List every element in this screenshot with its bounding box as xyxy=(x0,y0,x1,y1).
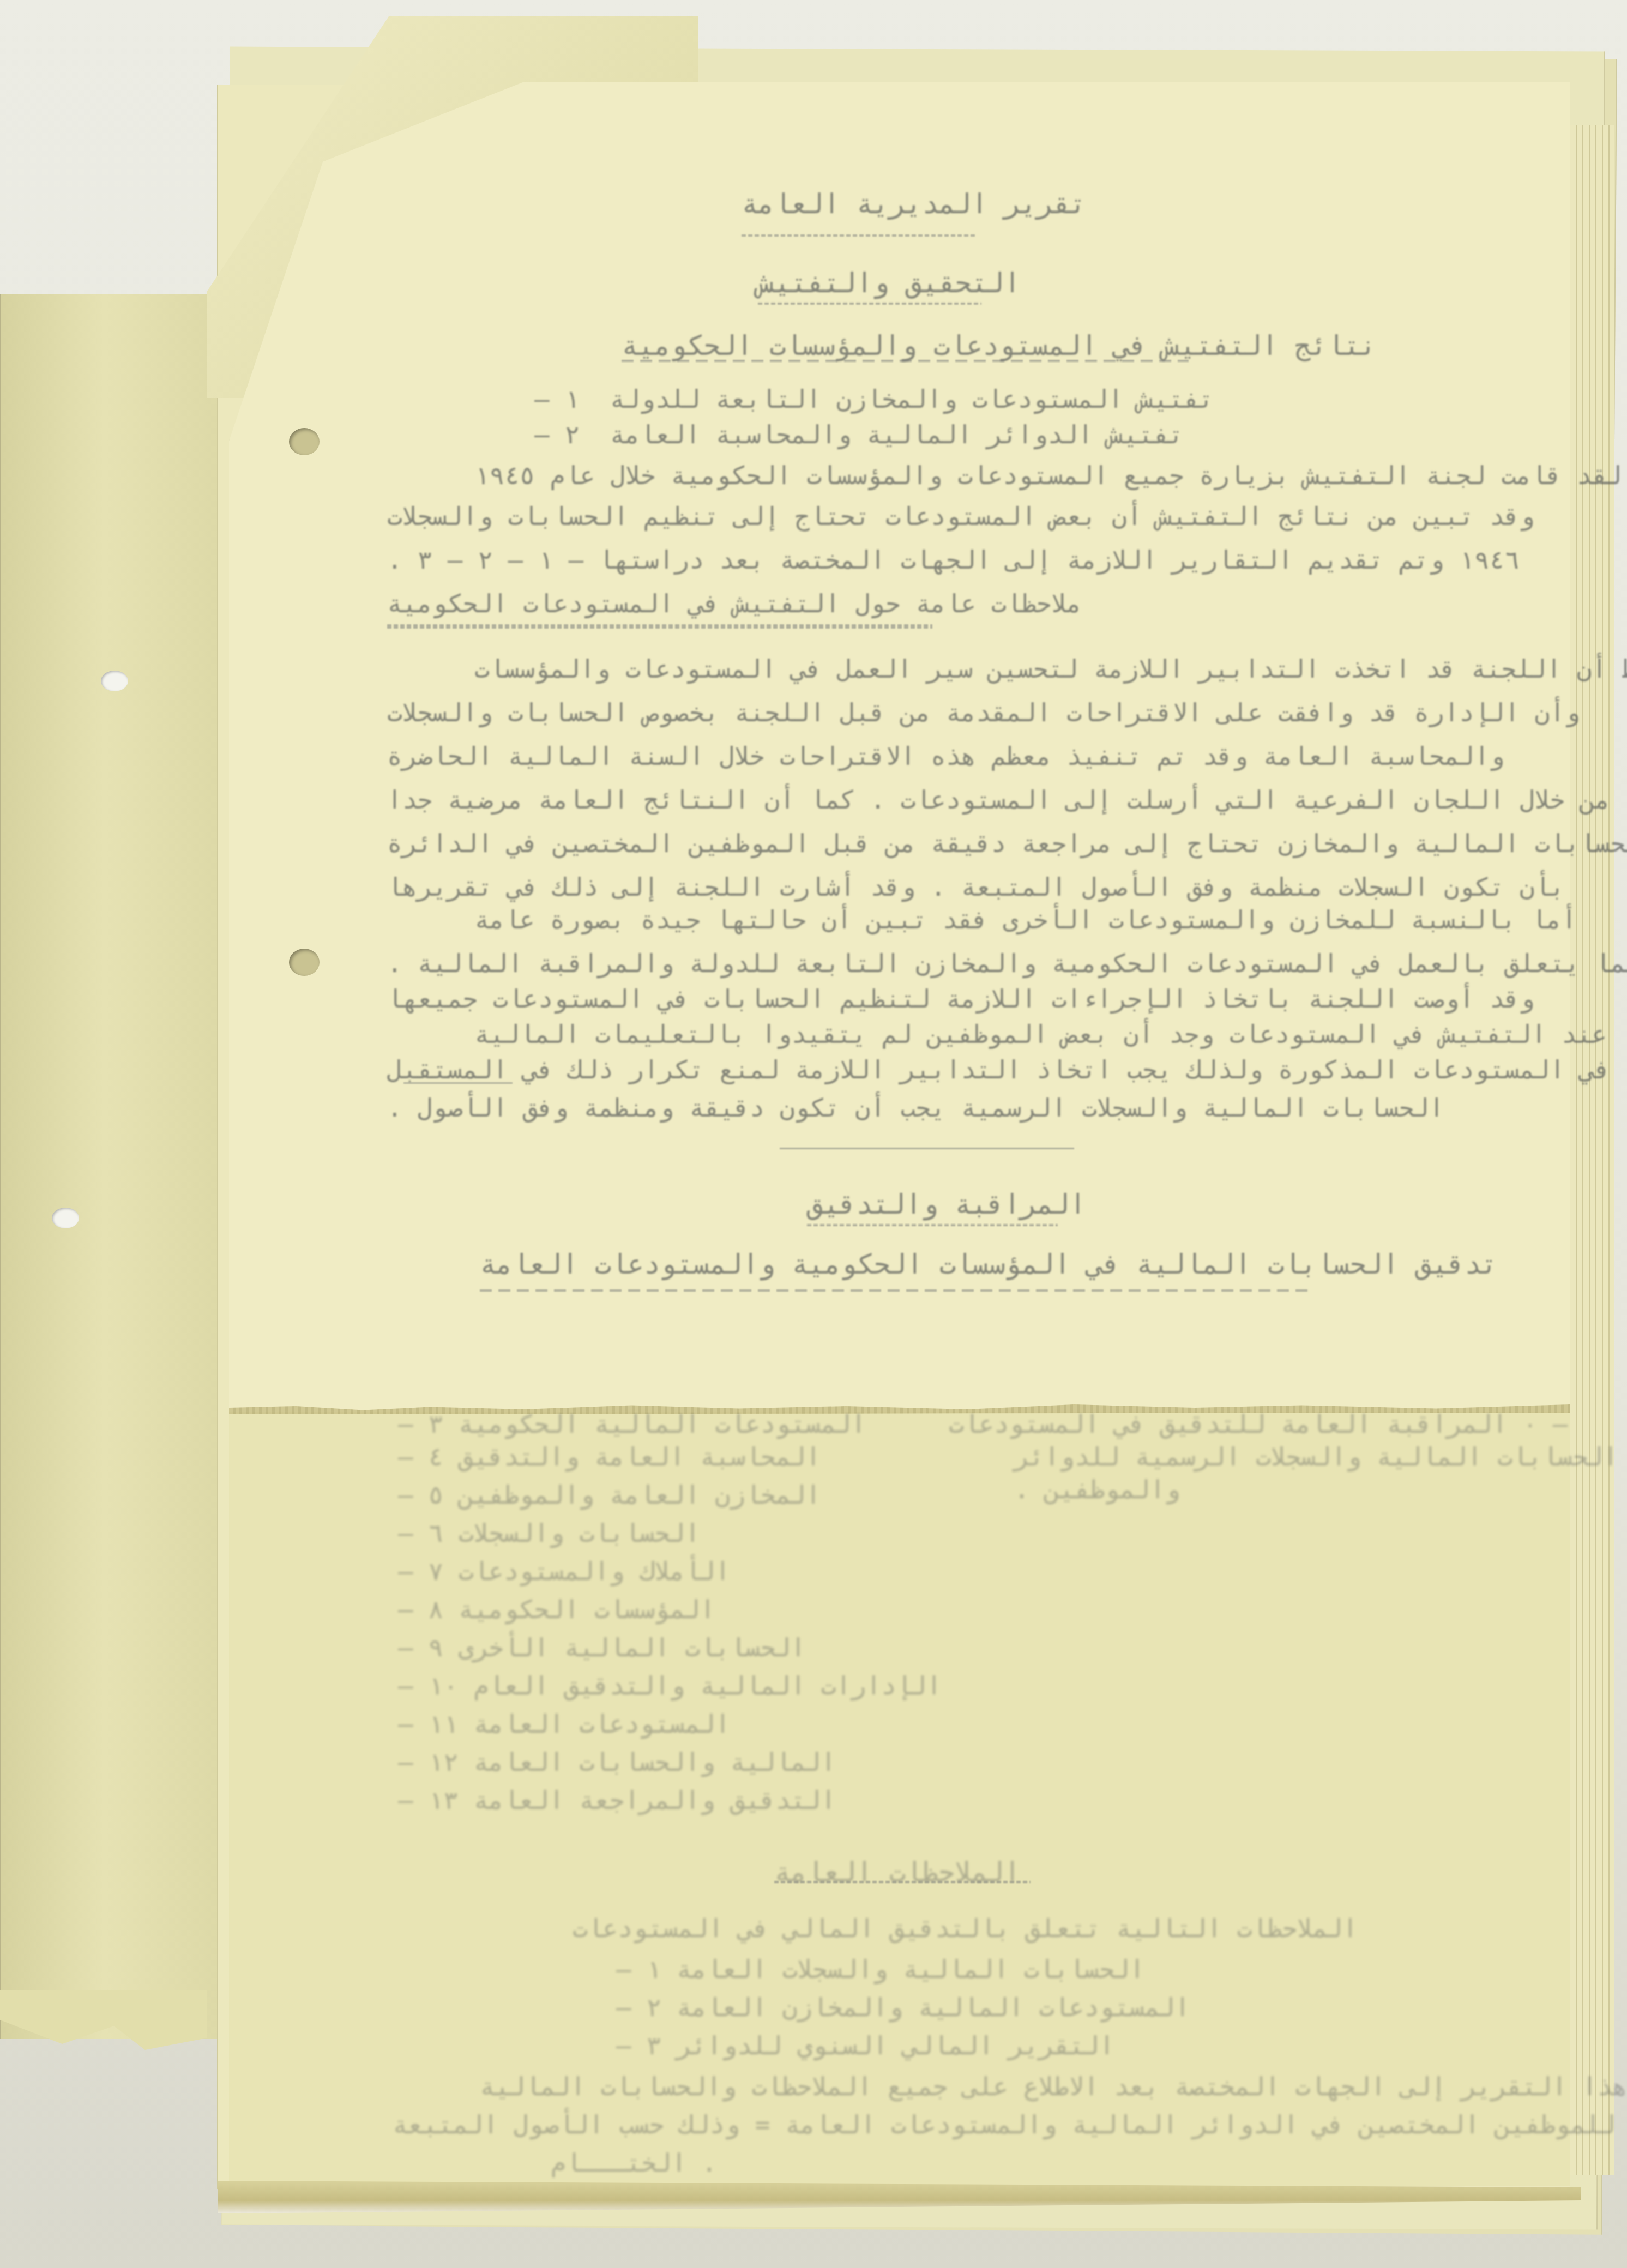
paragraph-1-line: وقد تبين من نتائج التفتيش أن بعض المستود… xyxy=(387,502,1535,531)
section-3-item: المستودعات المالية والمخازن العامة ٢ — xyxy=(616,1993,1190,2022)
section-3-title-rule xyxy=(774,1881,1031,1883)
section-divider xyxy=(780,1148,1074,1149)
item-number: ٥ — xyxy=(398,1480,443,1510)
item-text: المؤسسات الحكومية xyxy=(459,1595,715,1624)
item-text: تفتيش المستودعات والمخازن التابعة للدولة xyxy=(610,384,1214,414)
paragraph-3-line: عند التفتيش في المستودعات وجد أن بعض الم… xyxy=(474,1020,1607,1049)
closing-line: . وقد تم تقديم هذا التقرير إلى الجهات ال… xyxy=(480,2072,1627,2101)
paragraph-2-line: بأن تكون السجلات منظمة وفق الأصول المتبع… xyxy=(387,872,1565,902)
paragraph-3-line: فيما يتعلق بالعمل في المستودعات الحكومية… xyxy=(387,949,1627,978)
lower-list-item: الأملاك والمستودعات ٧ — xyxy=(398,1557,730,1586)
lower-list-item: المالية والحسابات العامة ١٢ — xyxy=(398,1747,836,1777)
item-number: ٤ — xyxy=(398,1442,443,1471)
lower-list-item: المؤسسات الحكومية ٨ — xyxy=(398,1595,715,1624)
paragraph-2-line: من خلال اللجان الفرعية التي أرسلت إلى ال… xyxy=(387,785,1610,815)
lower-list-item: المستودعات العامة ١١ — xyxy=(398,1709,730,1739)
item-number: ٦ — xyxy=(398,1518,443,1548)
lower-right-line: الحسابات المالية والسجلات الرسمية للدوائ… xyxy=(1014,1442,1618,1471)
section-1-title-rule xyxy=(758,303,981,305)
section-3-item: الحسابات المالية والسجلات العامة ١ — xyxy=(616,1955,1144,1984)
section-1-title: التحقيق والتفتيش xyxy=(758,267,1021,299)
section-2-title-rule xyxy=(807,1224,1058,1226)
paragraph-3-line: أما بالنسبة للمخازن والمستودعات الأخرى ف… xyxy=(474,905,1577,934)
item-number: ٣ — xyxy=(616,2031,661,2060)
item-number: ١ — xyxy=(616,1955,661,1984)
item-number: ٧ — xyxy=(398,1557,443,1586)
item-number: ١١ — xyxy=(398,1709,459,1739)
item-number: ٣ — xyxy=(398,1409,443,1439)
section-1-subtitle-rule xyxy=(622,360,1189,362)
paragraph-3-line: الحسابات المالية والسجلات الرسمية يجب أن… xyxy=(387,1093,1444,1123)
paragraph-1-line: ١٩٤٦ وتم تقديم التقارير اللازمة إلى الجه… xyxy=(387,545,1520,575)
paragraph-3-line: في المستودعات المذكورة ولذلك يجب اتخاذ ا… xyxy=(387,1055,1610,1084)
paragraph-2-line: وأن الإدارة قد وافقت على الاقتراحات المق… xyxy=(387,698,1580,727)
lower-list-item: المحاسبة العامة والتدقيق ٤ — xyxy=(398,1442,821,1471)
item-text: المخازن العامة والموظفين xyxy=(459,1480,821,1510)
section-3-intro: الملاحظات التالية تتعلق بالتدقيق المالي … xyxy=(573,1914,1358,1943)
section-2-subtitle-rule xyxy=(480,1289,1309,1292)
lower-list-item: المخازن العامة والموظفين ٥ — xyxy=(398,1480,821,1510)
item-number: ٩ — xyxy=(398,1633,443,1662)
paragraph-2-line: ويلاحظ أن اللجنة قد اتخذت التدابير اللاز… xyxy=(474,654,1627,684)
closing-signature: . الختـــام xyxy=(551,2148,717,2177)
item-number: ٨ — xyxy=(398,1595,443,1624)
lower-list-item: التدقيق والمراجعة العامة ١٣ — xyxy=(398,1786,836,1815)
section-3-title: الملاحظات العامة xyxy=(774,1856,1021,1888)
lower-right-line: والموظفين . xyxy=(1014,1475,1180,1504)
item-number: ٢ — xyxy=(534,420,580,449)
item-number: ١٢ — xyxy=(398,1747,459,1777)
lower-right-line: — ٠ المراقبة العامة للتدقيق في المستودعا… xyxy=(949,1409,1568,1439)
paragraph-1-heading: ملاحظات عامة حول التفتيش في المستودعات ا… xyxy=(387,589,1082,618)
section-1-subtitle: نتائج التفتيش في المستودعات والمؤسسات ال… xyxy=(622,330,1377,361)
numbered-item: تفتيش الدوائر المالية والمحاسبة العامة ٢… xyxy=(534,420,1184,449)
lower-list-item: الحسابات والسجلات ٦ — xyxy=(398,1518,700,1548)
punch-hole xyxy=(289,428,320,455)
item-text: الحسابات المالية الأخرى xyxy=(459,1633,806,1662)
item-text: المستودعات المالية الحكومية xyxy=(459,1409,866,1439)
item-number: ٢ — xyxy=(616,1993,661,2022)
lower-list-item: الإدارات المالية والتدقيق العام ١٠ — xyxy=(398,1671,942,1700)
section-2-subtitle: تدقيق الحسابات المالية في المؤسسات الحكو… xyxy=(480,1248,1497,1280)
item-number: ١ — xyxy=(534,384,580,414)
header-rule xyxy=(742,234,976,237)
item-number: ١٣ — xyxy=(398,1786,459,1815)
paragraph-2-line: والمحاسبة العامة وقد تم تنفيذ معظم هذه ا… xyxy=(387,741,1504,771)
punch-hole xyxy=(101,671,128,691)
item-text: المالية والحسابات العامة xyxy=(473,1747,836,1777)
item-text: التدقيق والمراجعة العامة xyxy=(473,1786,836,1815)
header-title: تقرير المديرية العامة xyxy=(742,188,1086,220)
lower-list-item: المستودعات المالية الحكومية ٣ — xyxy=(398,1409,866,1439)
item-text: المستودعات العامة xyxy=(473,1709,730,1739)
paragraph-2-line: الحسابات المالية والمخازن تحتاج إلى مراج… xyxy=(387,829,1627,858)
punch-hole xyxy=(52,1208,79,1228)
item-text: تفتيش الدوائر المالية والمحاسبة العامة xyxy=(610,420,1183,449)
item-text: الإدارات المالية والتدقيق العام xyxy=(473,1671,942,1700)
closing-line: للموظفين المختصين في الدوائر المالية وال… xyxy=(393,2110,1616,2139)
item-number: ١٠ — xyxy=(398,1671,459,1700)
item-text: الحسابات والسجلات xyxy=(459,1518,700,1548)
item-text: الحسابات المالية والسجلات العامة xyxy=(677,1955,1145,1984)
paragraph-3-line: وقد أوصت اللجنة باتخاذ الإجراءات اللازمة… xyxy=(387,984,1535,1014)
paragraph-1-line: لقد قامت لجنة التفتيش بزيارة جميع المستو… xyxy=(474,461,1622,490)
item-text: المحاسبة العامة والتدقيق xyxy=(459,1442,821,1471)
lower-list-item: الحسابات المالية الأخرى ٩ — xyxy=(398,1633,806,1662)
item-text: المستودعات المالية والمخازن العامة xyxy=(677,1993,1190,2022)
stack-right-edges xyxy=(1570,125,1614,2175)
item-text: التقرير المالي السنوي للدوائر xyxy=(677,2031,1114,2060)
item-text: الأملاك والمستودعات xyxy=(459,1557,731,1586)
punch-hole xyxy=(289,949,320,976)
double-rule xyxy=(387,624,932,629)
underline-mark xyxy=(403,1082,513,1084)
folded-flap xyxy=(0,294,230,2039)
section-3-item: التقرير المالي السنوي للدوائر ٣ — xyxy=(616,2031,1114,2060)
section-2-title: المراقبة والتدقيق xyxy=(807,1189,1086,1220)
numbered-item: تفتيش المستودعات والمخازن التابعة للدولة… xyxy=(534,384,1214,414)
